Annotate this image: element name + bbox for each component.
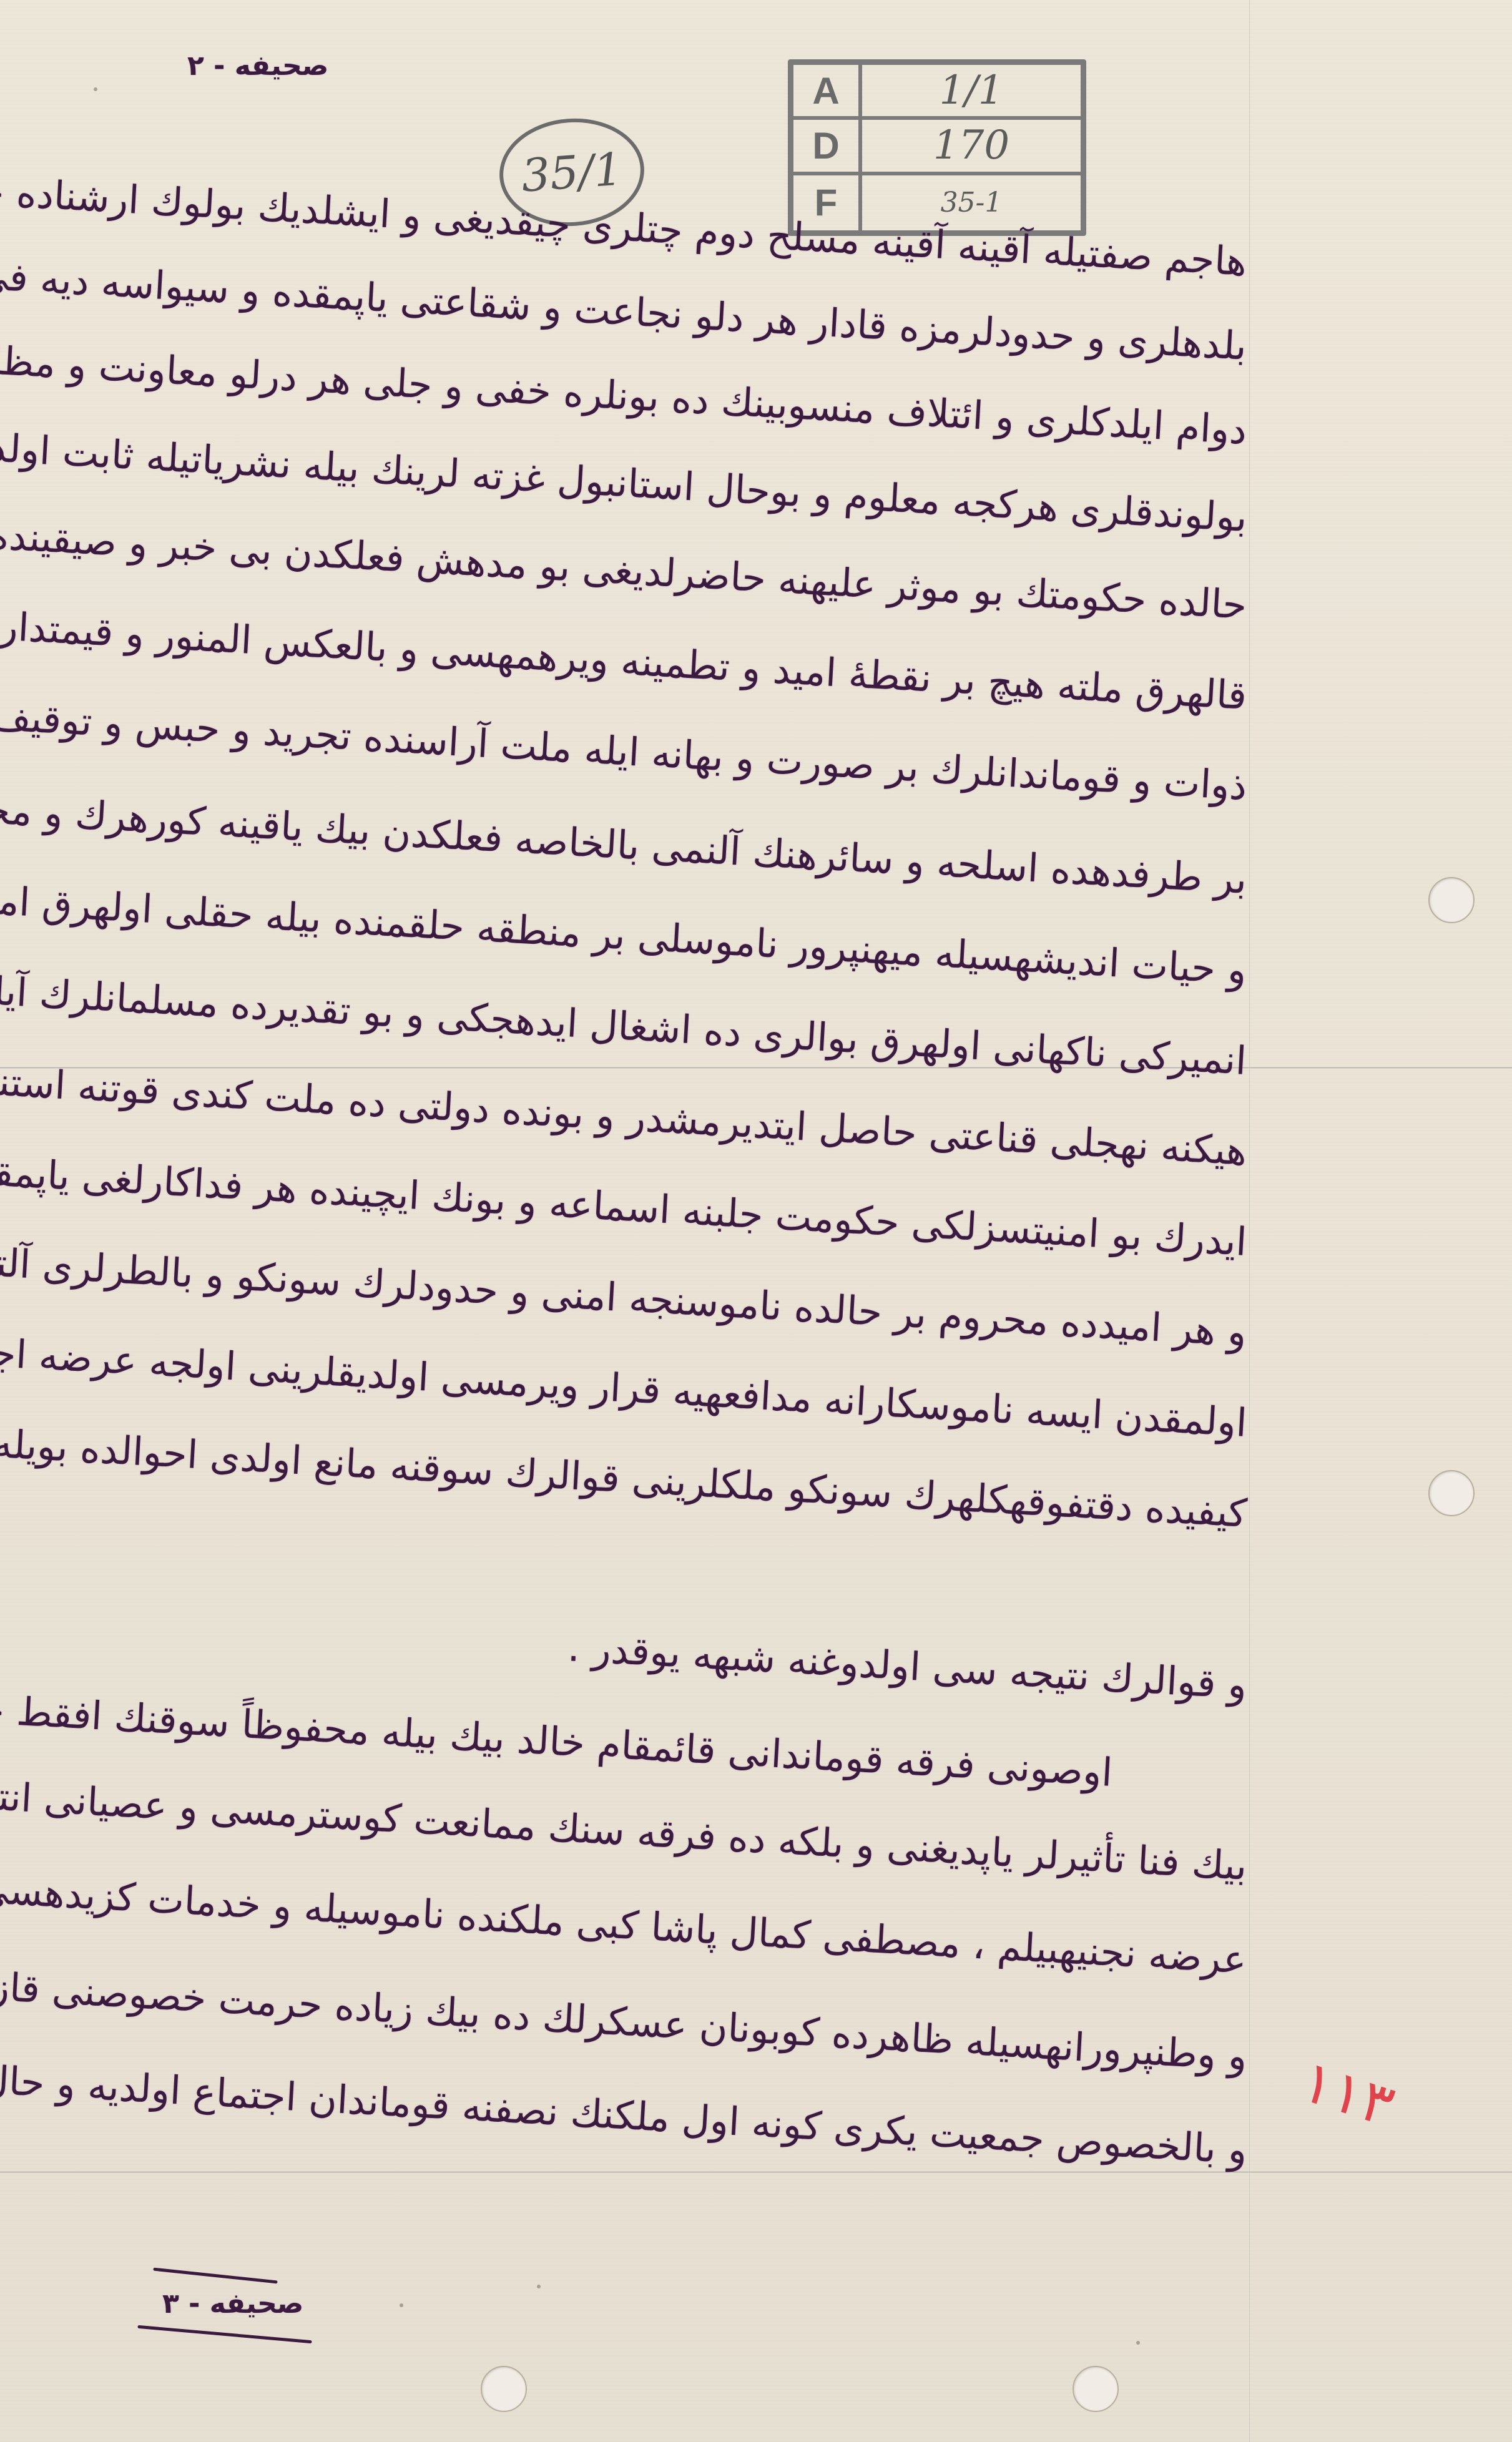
body-line: و وطنپرورانهسیله ظاهرده کوبونان عسکرلك د… — [0, 1959, 1248, 2082]
paper-speck — [1136, 2341, 1140, 2345]
paper-speck — [537, 2285, 541, 2288]
upper-underline — [153, 2268, 277, 2284]
page-marker-bottom: صحيفه - ٣ — [125, 2263, 325, 2356]
paper-speck — [94, 87, 97, 91]
body-line-short: و قوالرك نتیجه سی اولدوغنه شبهه یوقدر . — [566, 1622, 1248, 1710]
paper-speck — [400, 2303, 403, 2307]
page-marker-bottom-label: صحيفه - ٣ — [162, 2288, 303, 2320]
lower-underline — [137, 2325, 312, 2343]
letter-body: هاجم صفتیله آقینه آقینه مسلح دوم چتلری چ… — [0, 0, 1512, 2442]
